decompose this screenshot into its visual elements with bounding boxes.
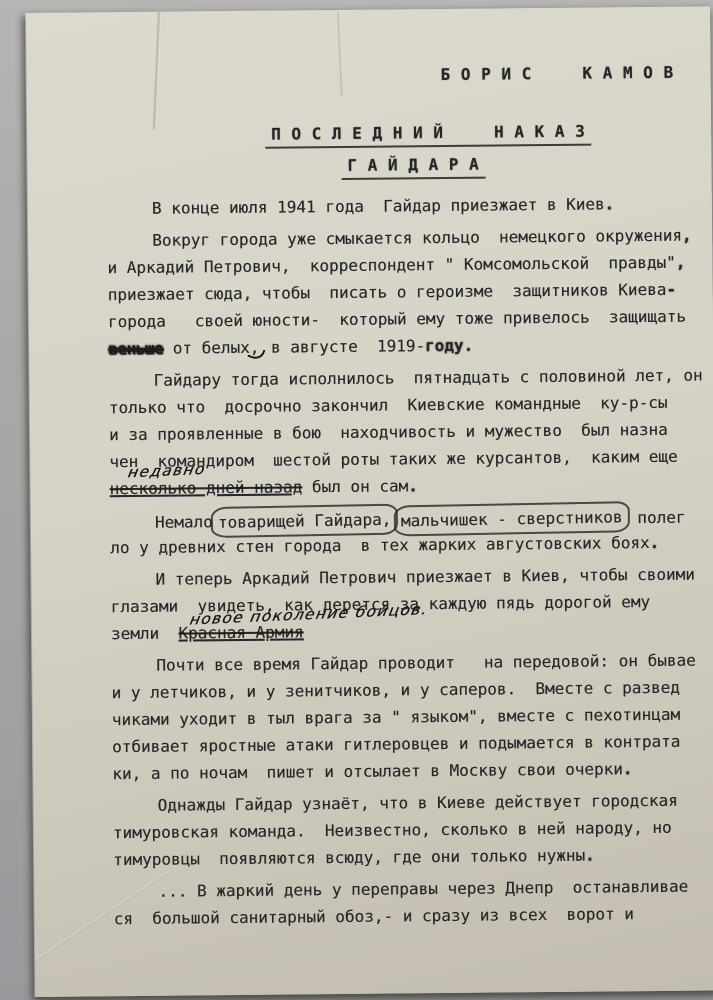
text-segment: отбивает яростные атаки гитлеровцев и по…	[112, 732, 680, 756]
text-segment: .	[649, 533, 659, 552]
text-line: тимуровцы появляются всюду, где они толь…	[113, 840, 713, 873]
text-line: В конце июля 1941 года Гайдар приезжает …	[107, 189, 713, 222]
text-line: земли Красная Армияновое поколение бойцо…	[111, 614, 713, 647]
paper-crease	[152, 12, 161, 130]
text-line: несколько дней назаднедавно был он сам.	[109, 469, 713, 502]
text-segment: и за проявленные в бою находчивость и му…	[109, 420, 668, 444]
text-segment: ло у древних стен города в тех жарких ав…	[110, 533, 650, 557]
text-segment: году.	[425, 336, 473, 355]
text-segment: полег	[628, 508, 686, 528]
text-segment: приезжает сюда, чтобы писать о героизме …	[108, 280, 667, 304]
title-line-2: Г А Й Д А Р А	[341, 155, 485, 180]
text-segment: ки, а по ночам пишет и отсылает в Москву…	[112, 759, 623, 783]
author-name: Б О Р И С К А М О В	[441, 63, 674, 84]
text-segment: города своей юности- который ему тоже пр…	[108, 307, 686, 332]
text-line: ся большой санитарный обоз,- и сразу из …	[114, 899, 713, 932]
text-line: веньше от белых, в августе 1919-году.	[108, 329, 713, 362]
text-segment: .	[623, 759, 633, 778]
photo-scene: Б О Р И С К А М О В П О С Л Е Д Н И Й Н …	[0, 0, 713, 1000]
text-segment: .	[408, 476, 418, 495]
document-page: Б О Р И С К А М О В П О С Л Е Д Н И Й Н …	[26, 6, 713, 997]
text-segment: ,	[682, 226, 692, 245]
text-line: Немалотоварищей Гайдара,мальчишек - свер…	[110, 501, 713, 534]
text-segment: .	[605, 194, 615, 213]
document-body: В конце июля 1941 года Гайдар приезжает …	[107, 189, 713, 932]
text-segment: и Аркадий Петрович, корреспондент " Комс…	[107, 253, 676, 277]
text-segment: и у летчиков, и у зенитчиков, и у саперо…	[111, 678, 680, 702]
paper-crease	[337, 12, 344, 96]
title-line-1: П О С Л Е Д Н И Й Н А К А З	[265, 122, 591, 149]
text-segment: Почти все время Гайдар проводит на перед…	[156, 651, 696, 675]
struck-phrase: Красная Армияновое поколение бойцов.	[178, 622, 303, 642]
text-segment: только что досрочно закончил Киевские ко…	[109, 393, 668, 417]
text-segment: И теперь Аркадий Петрович приезжает в Ки…	[155, 565, 695, 589]
text-segment: ,	[676, 253, 686, 272]
text-segment: -	[666, 280, 676, 299]
text-segment: ... В жаркий день у переправы через Днеп…	[158, 877, 688, 901]
circled-phrase: мальчишек - сверстников	[394, 501, 630, 536]
text-segment: Немало	[155, 512, 213, 532]
text-segment: тимуровцы появляются всюду, где они толь…	[113, 846, 585, 870]
text-segment: в августе 1919-	[261, 336, 425, 357]
text-segment: земли	[111, 624, 179, 644]
text-segment: был он сам	[302, 476, 408, 496]
text-segment: Вокруг города уже смыкается кольцо немец…	[152, 226, 682, 250]
struck-phrase: несколько дней назаднедавно	[109, 477, 302, 498]
text-segment: тимуровская команда. Неизвестно, сколько…	[113, 818, 672, 842]
circled-phrase: товарищей Гайдара,	[210, 504, 398, 538]
text-segment: от белых,	[163, 338, 260, 358]
text-segment: Гайдару тогда исполнилось пятнадцать с п…	[153, 366, 702, 390]
text-segment: В конце июля 1941 года Гайдар приезжает …	[152, 194, 605, 217]
overtyped-word: веньше	[108, 339, 163, 359]
text-segment: чиками уходит в тыл врага за " языком", …	[112, 705, 680, 729]
text-segment: Однажды Гайдар узнаёт, что в Киеве дейст…	[158, 791, 678, 815]
text-segment: .	[585, 846, 595, 865]
text-line: ки, а по ночам пишет и отсылает в Москву…	[112, 754, 713, 787]
photo-background: { "colors": { "background": "#a8a7a5", "…	[0, 0, 713, 1000]
handwritten-correction: недавно	[126, 456, 209, 486]
text-line: тимуровская команда. Неизвестно, сколько…	[113, 813, 713, 846]
document-title: П О С Л Е Д Н И Й Н А К А З Г А Й Д А Р …	[26, 6, 710, 13]
text-line: города своей юности- который ему тоже пр…	[108, 302, 713, 335]
text-segment: ся большой санитарный обоз,- и сразу из …	[114, 904, 634, 928]
